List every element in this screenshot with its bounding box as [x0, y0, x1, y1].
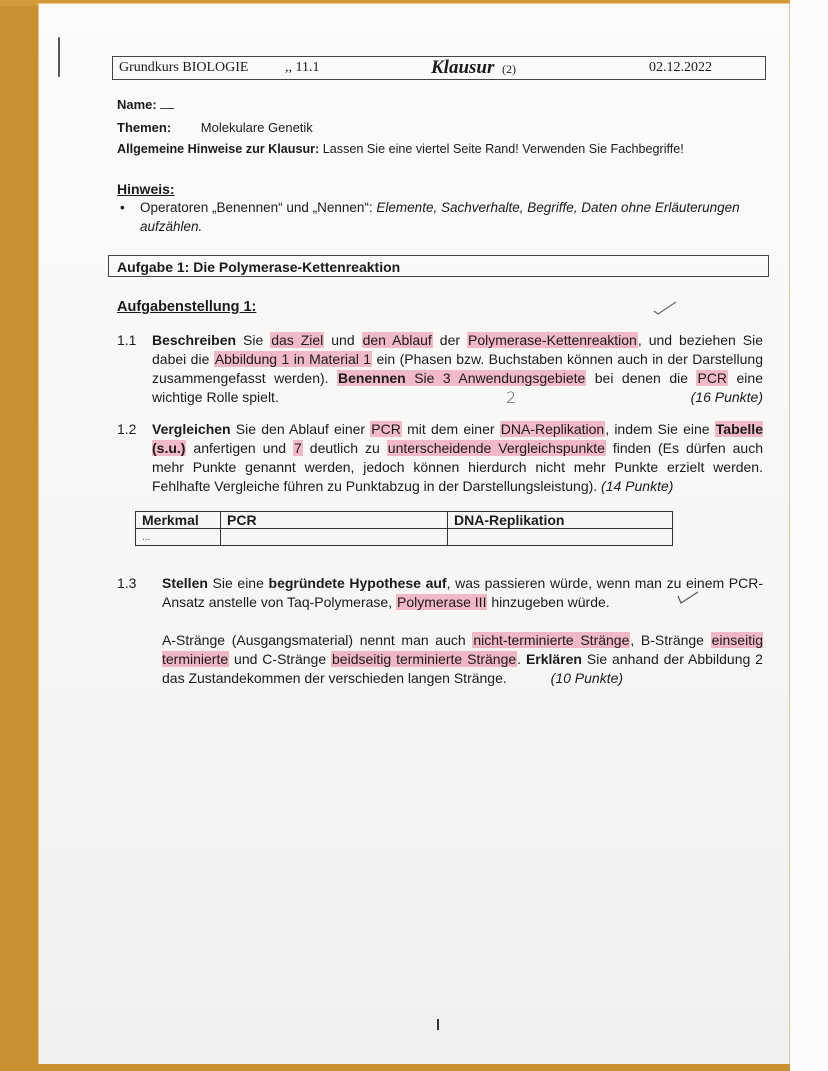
highlight: Benennen Sie 3 Anwendungsgebiete: [337, 370, 586, 386]
operator: Erklären: [526, 651, 582, 667]
checkmark-icon: [652, 300, 678, 316]
exam-title: Klausur: [431, 57, 494, 79]
table-cell[interactable]: [221, 529, 448, 546]
col-header: PCR: [221, 512, 448, 529]
page-number-mark: [437, 1019, 439, 1030]
checkmark-icon: [676, 590, 700, 606]
highlight: das Ziel: [270, 332, 324, 348]
general-notes-text: Lassen Sie eine viertel Seite Rand! Verw…: [323, 142, 684, 156]
themen-line: Themen: Molekulare Genetik: [117, 120, 313, 135]
item-text: Vergleichen Sie den Ablauf einer PCR mit…: [152, 420, 763, 496]
highlight: den Ablauf: [362, 332, 433, 348]
table-header-row: Merkmal PCR DNA-Replikation: [136, 512, 673, 529]
name-line: Name:: [117, 97, 174, 112]
course-label: Grundkurs BIOLOGIE: [119, 60, 248, 76]
item-text: Stellen Sie eine begründete Hypothese au…: [162, 574, 763, 688]
item-text: Beschreiben Sie das Ziel und den Ablauf …: [152, 331, 763, 407]
bullet-text: Operatoren „Benennen“ und „Nennen“:: [140, 200, 373, 215]
pen-margin-mark: [58, 37, 60, 77]
highlight: beidseitig terminierte Stränge: [331, 651, 517, 667]
exam-number: (2): [502, 62, 516, 77]
highlight: PCR: [370, 421, 402, 437]
general-notes-line: Allgemeine Hinweise zur Klausur: Lassen …: [117, 142, 684, 156]
operator: Vergleichen: [152, 421, 231, 437]
background-right: [790, 0, 828, 1071]
task-subheading: Aufgabenstellung 1:: [117, 299, 256, 315]
highlight: Polymerase-Kettenreaktion: [467, 332, 638, 348]
item-number: 1.2: [117, 420, 136, 439]
exam-date: 02.12.2022: [649, 60, 712, 76]
hinweis-heading: Hinweis:: [117, 181, 175, 197]
comparison-table: Merkmal PCR DNA-Replikation ...: [135, 511, 673, 546]
table-row: ...: [136, 529, 673, 546]
item-number: 1.1: [117, 331, 136, 350]
background-bottom: [38, 1064, 790, 1071]
bullet-dot: •: [120, 198, 125, 217]
col-header: DNA-Replikation: [448, 512, 673, 529]
table-cell[interactable]: [448, 529, 673, 546]
points: (14 Punkte): [601, 478, 673, 494]
points: (16 Punkte): [691, 388, 763, 407]
operator: Beschreiben: [152, 332, 236, 348]
highlight: DNA-Replikation: [500, 421, 605, 437]
name-label: Name:: [117, 97, 157, 112]
highlight: nicht-terminierte Stränge: [472, 632, 630, 648]
highlight: Polymerase III: [396, 594, 487, 610]
highlight: 7: [293, 440, 303, 456]
handwritten-number: 2: [506, 388, 516, 407]
general-notes-label: Allgemeine Hinweise zur Klausur:: [117, 142, 319, 156]
themen-label: Themen:: [117, 120, 171, 135]
highlight: Abbildung 1 in Material 1: [214, 351, 372, 367]
item-number: 1.3: [117, 574, 136, 593]
task-title-box: Aufgabe 1: Die Polymerase-Kettenreaktion: [108, 255, 769, 277]
col-header: Merkmal: [136, 512, 221, 529]
points: (10 Punkte): [551, 670, 623, 686]
name-field[interactable]: [160, 108, 174, 109]
highlight: PCR: [696, 370, 728, 386]
grade-label: ,, 11.1: [285, 60, 319, 76]
table-cell[interactable]: ...: [136, 529, 221, 546]
highlight: unterscheidende Vergleichspunkte: [387, 440, 606, 456]
exam-header: Grundkurs BIOLOGIE ,, 11.1 Klausur (2) 0…: [112, 56, 766, 80]
operator: Stellen: [162, 575, 208, 591]
themen-value: Molekulare Genetik: [201, 120, 313, 135]
